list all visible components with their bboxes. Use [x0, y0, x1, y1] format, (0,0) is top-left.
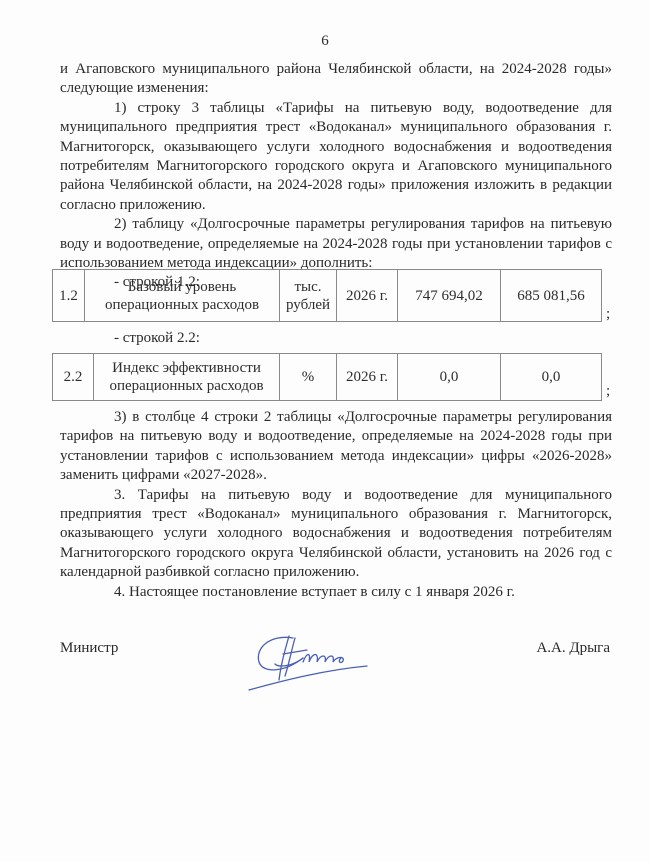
intro-block: и Агаповского муниципального района Челя…	[60, 60, 612, 293]
point-3: 3. Тарифы на питьевую воду и водоотведен…	[60, 486, 612, 583]
signatory-name: А.А. Дрыга	[536, 640, 610, 657]
table-row-2-2: 2.2 Индекс эффективности операционных ра…	[52, 353, 602, 401]
table-row: 2.2 Индекс эффективности операционных ра…	[53, 354, 602, 401]
handwritten-signature	[245, 628, 375, 698]
row-2-2-label-block: - строкой 2.2:	[60, 329, 612, 348]
cell-value-2: 0,0	[501, 354, 602, 401]
table-2-terminator: ;	[606, 383, 610, 400]
cell-unit: %	[280, 354, 337, 401]
amendment-item-2: 2) таблицу «Долгосрочные параметры регул…	[60, 215, 612, 273]
cell-year: 2026 г.	[337, 270, 398, 322]
table-row-1-2: 1.2 Базовый уровень операционных расходо…	[52, 269, 602, 322]
body-block: 3) в столбце 4 строки 2 таблицы «Долгоср…	[60, 408, 612, 602]
table-1-terminator: ;	[606, 306, 610, 323]
cell-unit: тыс. рублей	[280, 270, 337, 322]
signatory-title: Министр	[60, 640, 118, 657]
intro-line-1: и Агаповского муниципального района Челя…	[60, 60, 612, 79]
cell-value-2: 685 081,56	[501, 270, 602, 322]
row-2-2-label: - строкой 2.2:	[60, 329, 612, 348]
table-row: 1.2 Базовый уровень операционных расходо…	[53, 270, 602, 322]
cell-year: 2026 г.	[337, 354, 398, 401]
intro-line-2: следующие изменения:	[60, 79, 612, 98]
cell-row-number: 2.2	[53, 354, 94, 401]
cell-parameter: Индекс эффективности операционных расход…	[94, 354, 280, 401]
point-4: 4. Настоящее постановление вступает в си…	[60, 583, 612, 602]
amendment-item-1: 1) строку 3 таблицы «Тарифы на питьевую …	[60, 99, 612, 215]
page-number: 6	[0, 33, 650, 50]
cell-row-number: 1.2	[53, 270, 85, 322]
amendment-item-3: 3) в столбце 4 строки 2 таблицы «Долгоср…	[60, 408, 612, 486]
cell-parameter: Базовый уровень операционных расходов	[85, 270, 280, 322]
cell-value-1: 0,0	[398, 354, 501, 401]
cell-value-1: 747 694,02	[398, 270, 501, 322]
